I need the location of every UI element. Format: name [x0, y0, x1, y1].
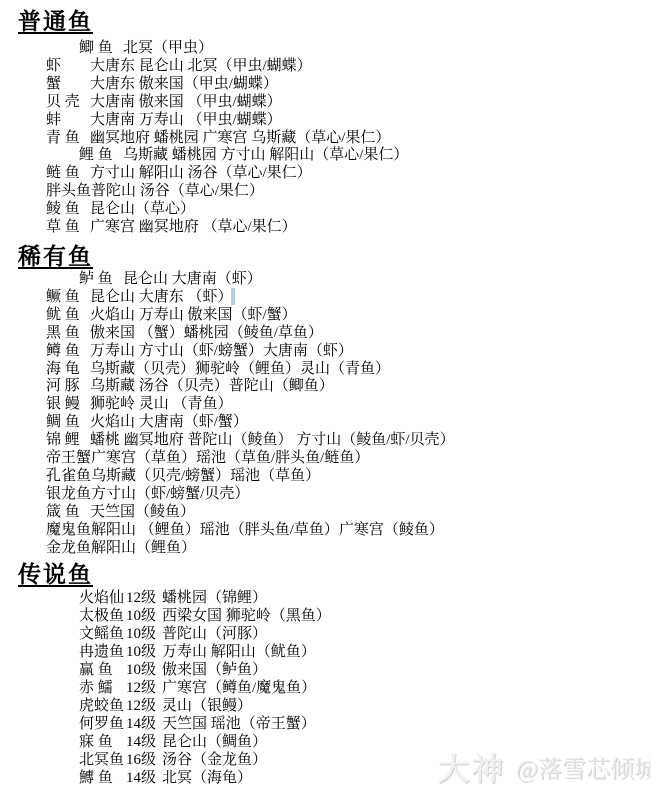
fish-locations: 乌斯藏 蟠桃园 方寸山 解阳山（草心/果仁）: [123, 147, 408, 165]
fish-locations: 天竺国（鲮鱼）: [90, 504, 195, 522]
fish-name: 鲈 鱼: [79, 271, 123, 289]
fish-row: 虎蛟鱼12级灵山（银鳗）: [0, 698, 651, 716]
fish-locations: 普陀山（河豚）: [159, 626, 267, 644]
fish-name: 冉遗鱼: [79, 644, 126, 662]
fish-locations: 傲来国 （蟹）蟠桃园（鲮鱼/草鱼）: [90, 325, 323, 343]
fish-locations: 方寸山 解阳山 汤谷（草心/果仁）: [90, 165, 312, 183]
section-title-rare: 稀有鱼: [18, 243, 93, 270]
fish-row: 魔鬼鱼解阳山 （鲤鱼）瑶池（胖头鱼/草鱼）广寒宫（鲮鱼）: [0, 522, 651, 540]
fish-name: 贝 壳: [46, 94, 90, 112]
fish-name: 河 豚: [46, 378, 90, 396]
fish-row: 银 鳗狮驼岭 灵山 （青鱼）: [0, 396, 651, 414]
fish-name: 箴 鱼: [46, 504, 90, 522]
fish-row: 帝王蟹广寒宫（草鱼）瑶池（草鱼/胖头鱼/鲢鱼）: [0, 450, 651, 468]
fish-name: 草 鱼: [46, 219, 90, 237]
fish-row: 太极鱼10级西梁女国 狮驼岭（黑鱼）: [0, 608, 651, 626]
fish-name: 鲢 鱼: [46, 165, 90, 183]
section-rare-fish: 稀有鱼 鲈 鱼昆仑山 大唐南（虾）鳜 鱼昆仑山 大唐东 （虾）鱿 鱼火焰山 万寿…: [0, 237, 651, 558]
fish-locations: 狮驼岭 灵山 （青鱼）: [90, 396, 233, 414]
fish-locations: 昆仑山 大唐南（虾）: [123, 271, 262, 289]
fish-name: 银 鳗: [46, 396, 90, 414]
fish-name: 鲷 鱼: [46, 414, 90, 432]
fish-level: 14级: [126, 770, 159, 788]
fish-locations: 昆仑山 大唐东 （虾）: [90, 289, 233, 307]
fish-locations: 蟠桃 幽冥地府 普陀山（鲮鱼） 方寸山（鲮鱼/虾/贝壳）: [90, 432, 455, 450]
fish-locations: 大唐南 傲来国 （甲虫/蝴蝶）: [90, 94, 282, 112]
fish-locations: 万寿山 解阳山（鱿鱼）: [159, 644, 316, 662]
fish-name: 鱿 鱼: [46, 307, 90, 325]
fish-level: 12级: [126, 698, 159, 716]
fish-level: 12级: [126, 590, 159, 608]
fish-name: 蚌: [46, 112, 90, 130]
fish-row: 赤 鱬12级广寒宫（鳟鱼/魔鬼鱼）: [0, 680, 651, 698]
fish-row: 贝 壳大唐南 傲来国 （甲虫/蝴蝶）: [0, 94, 651, 112]
fish-row: 鲫 鱼北冥（甲虫）: [0, 40, 651, 58]
fish-row: 海 龟乌斯藏（贝壳）狮驼岭（鲤鱼）灵山（青鱼）: [0, 361, 651, 379]
fish-locations: 解阳山 （鲤鱼）瑶池（胖头鱼/草鱼）广寒宫（鲮鱼）: [91, 522, 444, 540]
fish-row: 鲷 鱼火焰山 大唐南（虾/蟹）: [0, 414, 651, 432]
fish-locations: 方寸山（虾/螃蟹/贝壳）: [91, 486, 249, 504]
fish-row: 河 豚乌斯藏 汤谷（贝壳）普陀山（鲫鱼）: [0, 378, 651, 396]
fish-level: 12级: [126, 680, 159, 698]
fish-locations: 蟠桃园（锦鲤）: [159, 590, 267, 608]
fish-name: 北冥鱼: [79, 752, 126, 770]
fish-name: 赤 鱬: [79, 680, 126, 698]
fish-level: 14级: [126, 716, 159, 734]
watermark-logo: 大神: [438, 744, 506, 788]
fish-row: 鱿 鱼火焰山 万寿山 傲来国（虾/蟹）: [0, 307, 651, 325]
fish-name: 鳜 鱼: [46, 289, 90, 307]
fish-name: 太极鱼: [79, 608, 126, 626]
section-title-common: 普通鱼: [18, 8, 93, 35]
fish-name: 寐 鱼: [79, 734, 126, 752]
fish-locations: 乌斯藏（贝壳）狮驼岭（鲤鱼）灵山（青鱼）: [90, 361, 390, 379]
fish-name: 鲫 鱼: [79, 40, 123, 58]
fish-locations: 幽冥地府 蟠桃园 广寒宫 乌斯藏（草心/果仁）: [90, 130, 390, 148]
fish-row: 鳟 鱼万寿山 方寸山（虾/螃蟹）大唐南（虾）: [0, 343, 651, 361]
fish-row: 孔雀鱼乌斯藏（贝壳/螃蟹）瑶池（草鱼）: [0, 468, 651, 486]
fish-locations: 广寒宫（草鱼）瑶池（草鱼/胖头鱼/鲢鱼）: [91, 450, 369, 468]
fish-row: 青 鱼幽冥地府 蟠桃园 广寒宫 乌斯藏（草心/果仁）: [0, 130, 651, 148]
fish-name: 鳟 鱼: [46, 343, 90, 361]
fish-name: 帝王蟹: [46, 450, 91, 468]
fish-name: 黑 鱼: [46, 325, 90, 343]
fish-level: 16级: [126, 752, 159, 770]
fishing-guide-document: 普通鱼 鲫 鱼北冥（甲虫）虾大唐东 昆仑山 北冥（甲虫/蝴蝶）蟹大唐东 傲来国（…: [0, 0, 651, 788]
fish-locations: 大唐东 傲来国（甲虫/蝴蝶）: [90, 76, 278, 94]
fish-locations: 北冥（甲虫）: [123, 40, 213, 58]
fish-name: 鱄 鱼: [79, 770, 126, 788]
fish-name: 魔鬼鱼: [46, 522, 91, 540]
fish-name: 文鳐鱼: [79, 626, 126, 644]
fish-locations: 解阳山（鲤鱼）: [91, 540, 196, 558]
fish-row: 胖头鱼普陀山 汤谷（草心/果仁）: [0, 183, 651, 201]
fish-row: 草 鱼广寒宫 幽冥地府 （草心/果仁）: [0, 219, 651, 237]
fish-locations: 乌斯藏 汤谷（贝壳）普陀山（鲫鱼）: [90, 378, 334, 396]
fish-name: 金龙鱼: [46, 540, 91, 558]
fish-row: 冉遗鱼10级万寿山 解阳山（鱿鱼）: [0, 644, 651, 662]
fish-row: 鲢 鱼方寸山 解阳山 汤谷（草心/果仁）: [0, 165, 651, 183]
fish-row: 蚌大唐南 万寿山 （甲虫/蝴蝶）: [0, 112, 651, 130]
fish-name: 胖头鱼: [46, 183, 91, 201]
fish-row: 黑 鱼傲来国 （蟹）蟠桃园（鲮鱼/草鱼）: [0, 325, 651, 343]
fish-locations: 昆仑山（鲷鱼）: [159, 734, 267, 752]
fish-row: 蟹大唐东 傲来国（甲虫/蝴蝶）: [0, 76, 651, 94]
fish-name: 孔雀鱼: [46, 468, 91, 486]
fish-name: 鲮 鱼: [46, 201, 90, 219]
fish-locations: 北冥（海龟）: [159, 770, 252, 788]
fish-name: 虎蛟鱼: [79, 698, 126, 716]
fish-row: 鲤 鱼乌斯藏 蟠桃园 方寸山 解阳山（草心/果仁）: [0, 147, 651, 165]
fish-level: 10级: [126, 608, 159, 626]
fish-name: 何罗鱼: [79, 716, 126, 734]
fish-level: 10级: [126, 644, 159, 662]
fish-locations: 广寒宫（鳟鱼/魔鬼鱼）: [159, 680, 316, 698]
fish-locations: 灵山（银鳗）: [159, 698, 252, 716]
text-cursor: [231, 288, 235, 305]
fish-name: 青 鱼: [46, 130, 90, 148]
fish-locations: 普陀山 汤谷（草心/果仁）: [91, 183, 264, 201]
fish-locations: 广寒宫 幽冥地府 （草心/果仁）: [90, 219, 297, 237]
rare-fish-list: 鲈 鱼昆仑山 大唐南（虾）鳜 鱼昆仑山 大唐东 （虾）鱿 鱼火焰山 万寿山 傲来…: [0, 271, 651, 558]
fish-locations: 昆仑山（草心）: [90, 201, 195, 219]
fish-row: 鲮 鱼昆仑山（草心）: [0, 201, 651, 219]
fish-locations: 万寿山 方寸山（虾/螃蟹）大唐南（虾）: [90, 343, 353, 361]
watermark: 大神 @落雪芯倾城: [438, 744, 651, 788]
fish-name: 海 龟: [46, 361, 90, 379]
fish-locations: 乌斯藏（贝壳/螃蟹）瑶池（草鱼）: [91, 468, 320, 486]
fish-locations: 大唐东 昆仑山 北冥（甲虫/蝴蝶）: [90, 58, 312, 76]
fish-row: 鲈 鱼昆仑山 大唐南（虾）: [0, 271, 651, 289]
section-common-fish: 普通鱼 鲫 鱼北冥（甲虫）虾大唐东 昆仑山 北冥（甲虫/蝴蝶）蟹大唐东 傲来国（…: [0, 0, 651, 237]
fish-name: 虾: [46, 58, 90, 76]
fish-row: 火焰仙12级蟠桃园（锦鲤）: [0, 590, 651, 608]
section-title-legendary: 传说鱼: [18, 561, 93, 588]
watermark-username: @落雪芯倾城: [516, 749, 651, 784]
fish-row: 何罗鱼14级天竺国 瑶池（帝王蟹）: [0, 716, 651, 734]
fish-row: 文鳐鱼10级普陀山（河豚）: [0, 626, 651, 644]
fish-row: 鳜 鱼昆仑山 大唐东 （虾）: [0, 289, 651, 307]
fish-row: 金龙鱼解阳山（鲤鱼）: [0, 540, 651, 558]
fish-name: 银龙鱼: [46, 486, 91, 504]
fish-row: 赢 鱼10级傲来国（鲈鱼）: [0, 662, 651, 680]
fish-name: 赢 鱼: [79, 662, 126, 680]
common-fish-list: 鲫 鱼北冥（甲虫）虾大唐东 昆仑山 北冥（甲虫/蝴蝶）蟹大唐东 傲来国（甲虫/蝴…: [0, 40, 651, 237]
fish-name: 火焰仙: [79, 590, 126, 608]
fish-row: 锦 鲤蟠桃 幽冥地府 普陀山（鲮鱼） 方寸山（鲮鱼/虾/贝壳）: [0, 432, 651, 450]
fish-locations: 大唐南 万寿山 （甲虫/蝴蝶）: [90, 112, 282, 130]
fish-row: 虾大唐东 昆仑山 北冥（甲虫/蝴蝶）: [0, 58, 651, 76]
fish-name: 蟹: [46, 76, 90, 94]
fish-locations: 傲来国（鲈鱼）: [159, 662, 267, 680]
fish-locations: 火焰山 万寿山 傲来国（虾/蟹）: [90, 307, 297, 325]
fish-row: 银龙鱼方寸山（虾/螃蟹/贝壳）: [0, 486, 651, 504]
fish-locations: 汤谷（金龙鱼）: [159, 752, 267, 770]
fish-level: 14级: [126, 734, 159, 752]
fish-locations: 火焰山 大唐南（虾/蟹）: [90, 414, 248, 432]
fish-locations: 天竺国 瑶池（帝王蟹）: [159, 716, 316, 734]
fish-name: 鲤 鱼: [79, 147, 123, 165]
fish-level: 10级: [126, 626, 159, 644]
fish-level: 10级: [126, 662, 159, 680]
fish-row: 箴 鱼天竺国（鲮鱼）: [0, 504, 651, 522]
fish-locations: 西梁女国 狮驼岭（黑鱼）: [159, 608, 331, 626]
fish-name: 锦 鲤: [46, 432, 90, 450]
